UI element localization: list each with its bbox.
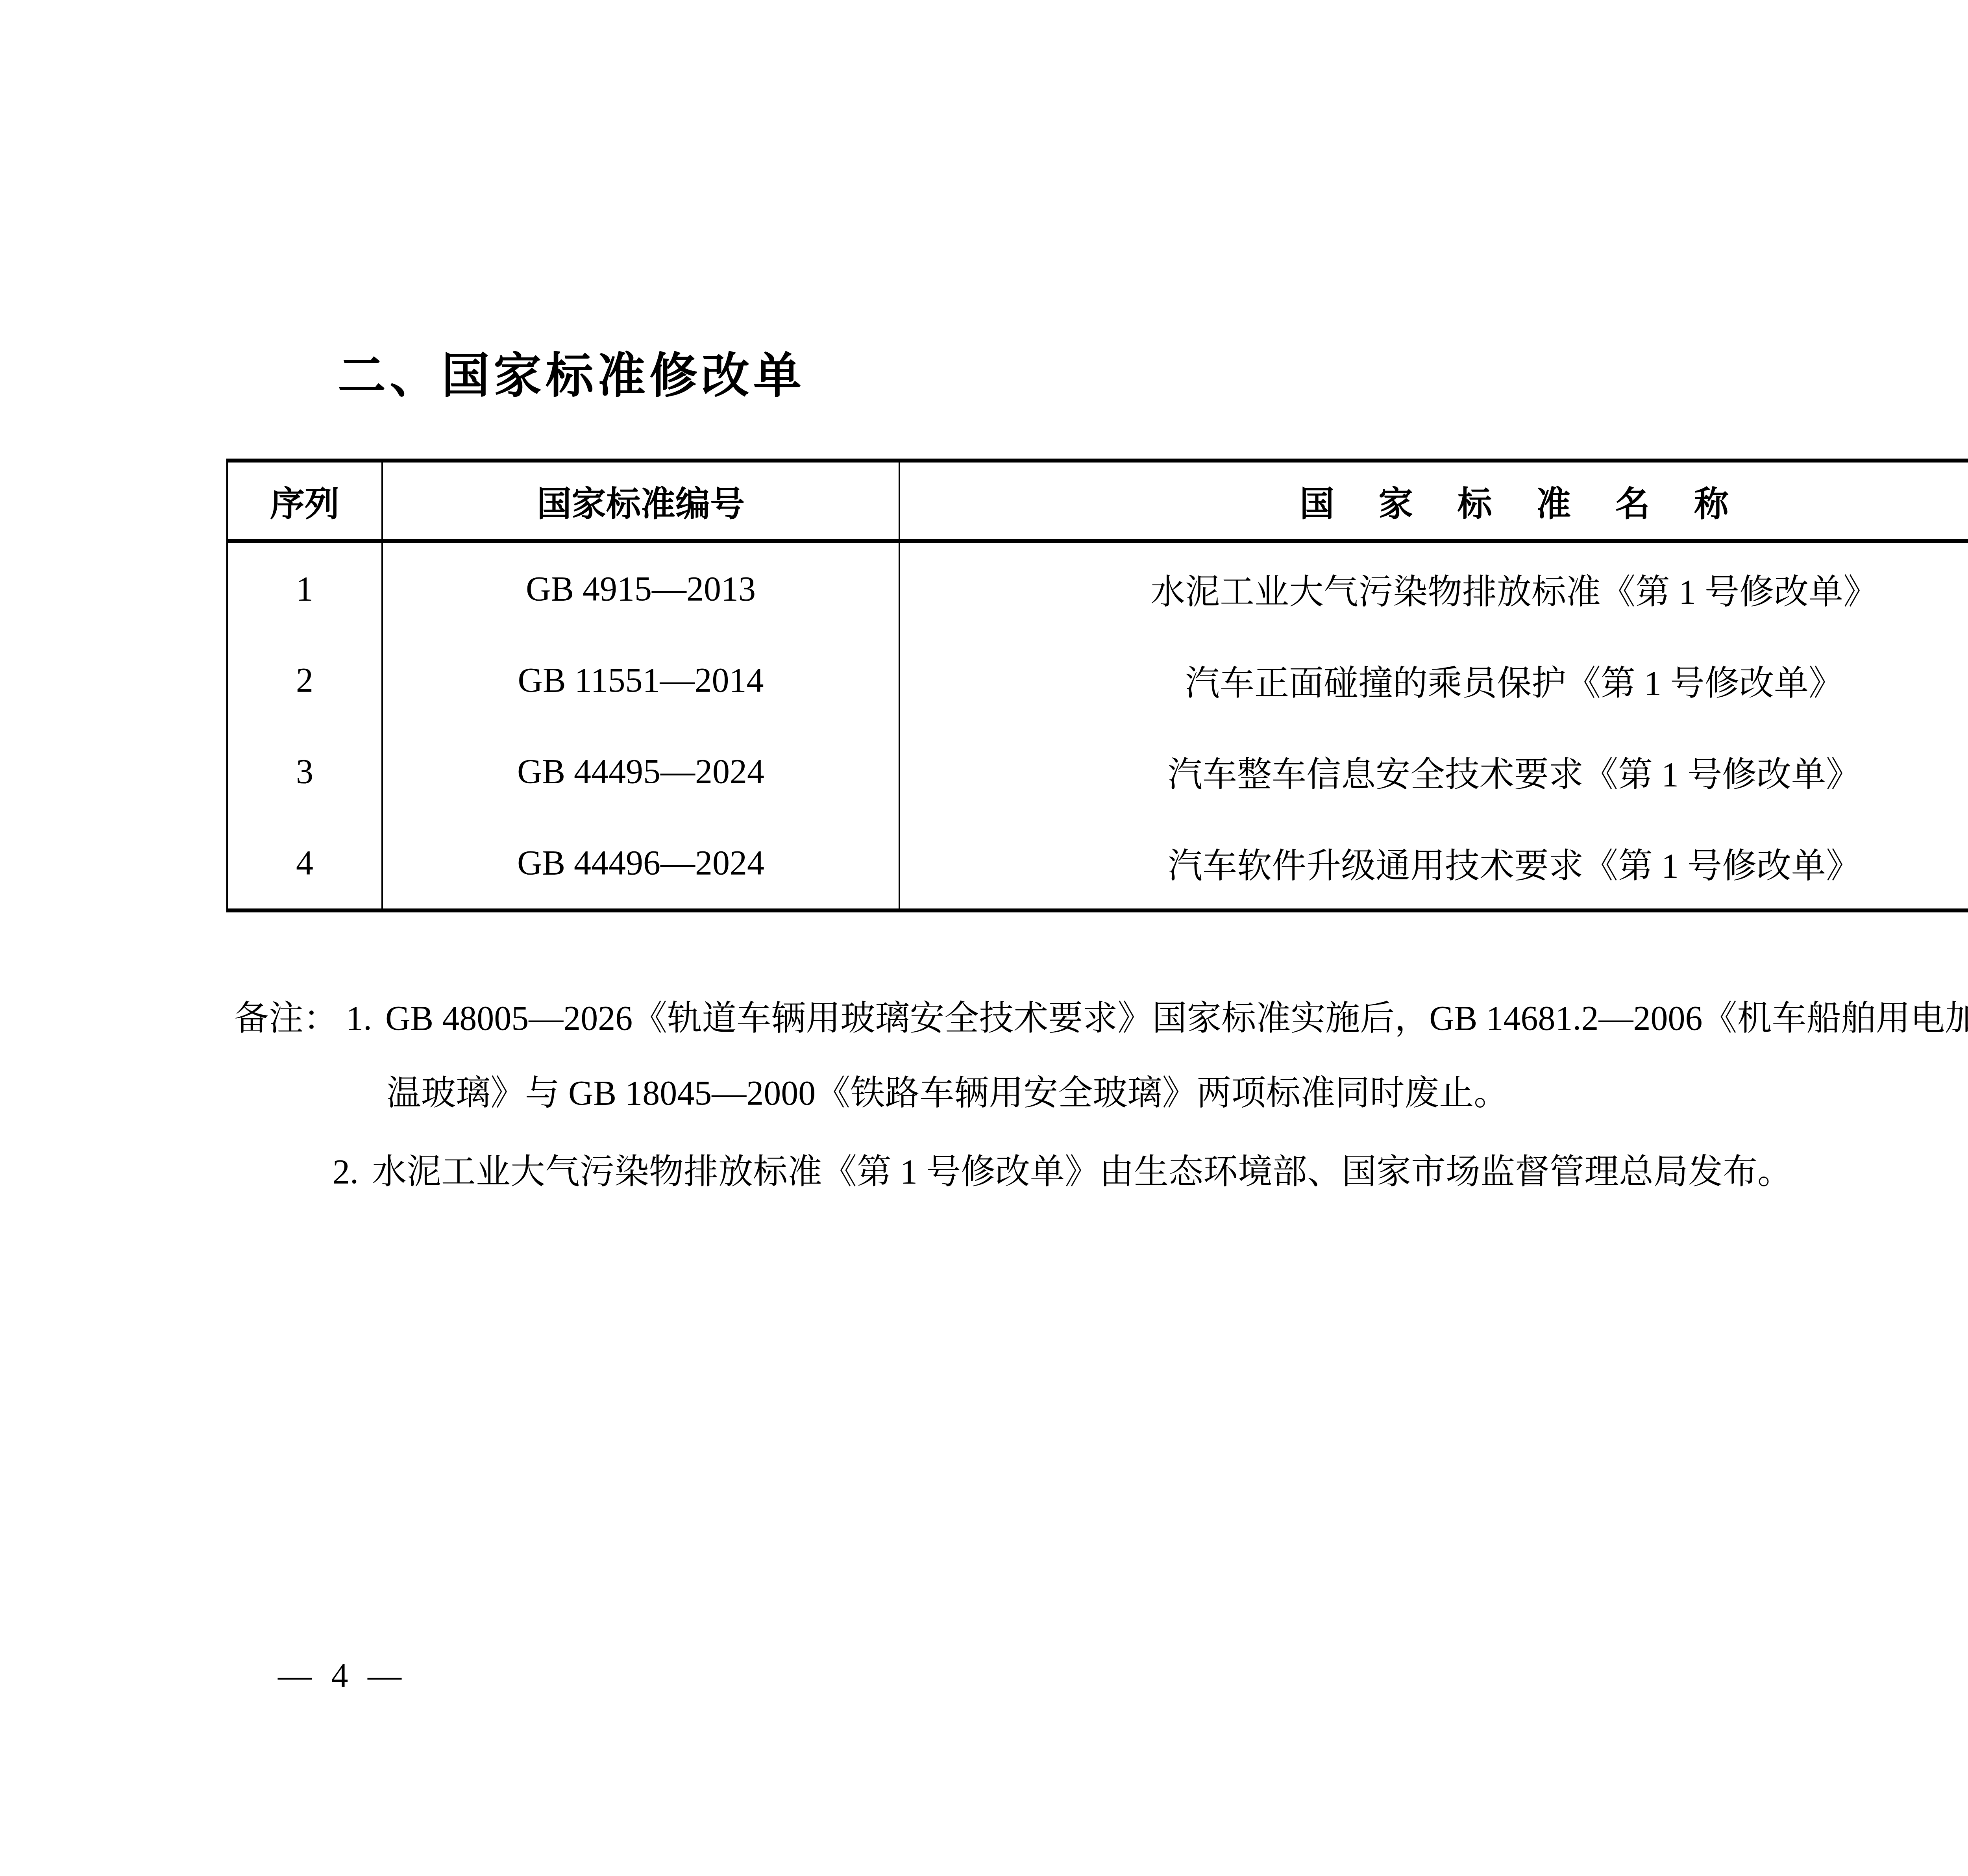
- column-header-index: 序列: [228, 463, 383, 543]
- row1-index: 1: [228, 543, 383, 635]
- row2-standard-name: 汽车正面碰撞的乘员保护《第 1 号修改单》: [900, 635, 1968, 726]
- row4-index: 4: [228, 817, 383, 908]
- page-title: 二、国家标准修改单: [338, 337, 805, 406]
- column-header-name: 国 家 标 准 名 称: [900, 463, 1968, 543]
- row2-index: 2: [228, 635, 383, 726]
- note-1-text-line-2: 温玻璃》与 GB 18045—2000《铁路车辆用安全玻璃》两项标准同时废止。: [387, 1074, 1508, 1112]
- note-2-line-1: 2.水泥工业大气污染物排放标准《第 1 号修改单》由生态环境部、国家市场监督管理…: [333, 1144, 1792, 1193]
- note-1-line-1: 备注：1.GB 48005—2026《轨道车辆用玻璃安全技术要求》国家标准实施后…: [234, 990, 1968, 1040]
- standards-table: 序列 国家标准编号 国 家 标 准 名 称 实施日期 1 GB 4915—201…: [226, 459, 1968, 912]
- note-1-line-2: 温玻璃》与 GB 18045—2000《铁路车辆用安全玻璃》两项标准同时废止。: [387, 1065, 1508, 1115]
- row1-standard-code: GB 4915—2013: [383, 543, 900, 635]
- row3-index: 3: [228, 726, 383, 817]
- row3-standard-name: 汽车整车信息安全技术要求《第 1 号修改单》: [900, 726, 1968, 817]
- row3-standard-code: GB 44495—2024: [383, 726, 900, 817]
- row1-standard-name: 水泥工业大气污染物排放标准《第 1 号修改单》: [900, 543, 1968, 635]
- note-2-number: 2.: [333, 1153, 359, 1191]
- note-2-text: 水泥工业大气污染物排放标准《第 1 号修改单》由生态环境部、国家市场监督管理总局…: [372, 1153, 1792, 1191]
- note-1-text-line-1: GB 48005—2026《轨道车辆用玻璃安全技术要求》国家标准实施后，GB 1…: [385, 999, 1968, 1038]
- row2-standard-code: GB 11551—2014: [383, 635, 900, 726]
- note-1-number: 1.: [346, 999, 372, 1038]
- notes-label: 备注：: [234, 999, 338, 1038]
- row4-standard-code: GB 44496—2024: [383, 817, 900, 908]
- row4-standard-name: 汽车软件升级通用技术要求《第 1 号修改单》: [900, 817, 1968, 908]
- page-number: — 4 —: [278, 1656, 401, 1695]
- column-header-code: 国家标准编号: [383, 463, 900, 543]
- document-page: { "page": { "title": "二、国家标准修改单", "page_…: [0, 0, 1968, 1876]
